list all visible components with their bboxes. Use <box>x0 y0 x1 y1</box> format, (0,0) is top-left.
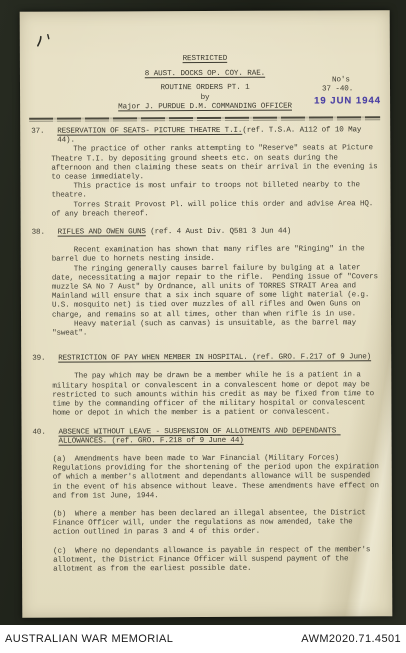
document-header: RESTRICTED 8 AUST. DOCKS OP. COY. RAE. R… <box>20 10 390 113</box>
paragraph: Heavy material (such as canvas) is unsui… <box>52 319 379 339</box>
catalog-number: AWM2020.71.4501 <box>301 633 401 645</box>
item-heading-ref: (ref. 4 Aust Div. Q581 3 Jun 44) <box>146 228 291 237</box>
order-numbers-label: No's <box>332 76 353 85</box>
item-heading: RIFLES AND OWEN GUNS (ref. 4 Aust Div. Q… <box>58 227 379 238</box>
item-number: 39. <box>32 355 45 364</box>
paragraph: Recent examination has shown that many r… <box>52 245 379 265</box>
order-item-39: 39. RESTRICTION OF PAY WHEN MEMBER IN HO… <box>32 354 379 420</box>
paragraph: This practice is most unfair to troops n… <box>51 181 378 201</box>
archive-name: AUSTRALIAN WAR MEMORIAL <box>5 633 173 645</box>
paragraph: The ringing generally causes barrel fail… <box>52 264 379 321</box>
item-paragraphs: Recent examination has shown that many r… <box>52 245 379 338</box>
paragraph: The practice of other ranks attempting t… <box>51 145 378 183</box>
paragraph: Torres Strait Provost Pl. will police th… <box>52 200 379 220</box>
order-numbers-block: No's 37 -40. <box>322 76 353 95</box>
order-numbers-value: 37 -40. <box>322 86 353 95</box>
order-item-40: 40. ABSENCE WITHOUT LEAVE - SUSPENSION O… <box>32 427 380 575</box>
sub-paragraph-a: (a) Amendments have been made to War Fin… <box>53 454 380 501</box>
classification-label: RESTRICTED <box>20 54 390 65</box>
sub-paragraph-b: (b) Where a member has been declared an … <box>53 509 380 538</box>
item-paragraphs: The practice of other ranks attempting t… <box>51 145 378 220</box>
header-divider <box>29 116 380 122</box>
sub-paragraph-c: (c) Where no dependants allowance is pay… <box>53 546 380 575</box>
item-heading-title: RESERVATION OF SEATS- PICTURE THEATRE T.… <box>57 127 242 136</box>
item-number: 38. <box>32 229 45 238</box>
order-items: 37. RESERVATION OF SEATS- PICTURE THEATR… <box>31 126 380 575</box>
order-item-37: 37. RESERVATION OF SEATS- PICTURE THEATR… <box>31 126 378 220</box>
item-heading-title: ABSENCE WITHOUT LEAVE - SUSPENSION OF AL… <box>58 427 340 445</box>
item-number: 37. <box>31 128 44 137</box>
item-heading: RESERVATION OF SEATS- PICTURE THEATRE T.… <box>57 126 378 146</box>
paragraph: The pay which may be drawn be a member w… <box>52 372 379 419</box>
item-heading: ABSENCE WITHOUT LEAVE - SUSPENSION OF AL… <box>58 427 379 447</box>
item-heading-title: RIFLES AND OWEN GUNS <box>58 228 146 236</box>
footer-bar: AUSTRALIAN WAR MEMORIAL AWM2020.71.4501 <box>0 625 406 653</box>
date-received-stamp: 19 JUN 1944 <box>314 96 381 105</box>
item-paragraphs: The pay which may be drawn be a member w… <box>52 372 379 419</box>
item-paragraphs: (a) Amendments have been made to War Fin… <box>53 454 381 575</box>
item-heading-title: RESTRICTION OF PAY WHEN MEMBER IN HOSPIT… <box>58 354 371 363</box>
order-item-38: 38. RIFLES AND OWEN GUNS (ref. 4 Aust Di… <box>32 227 379 339</box>
item-heading: RESTRICTION OF PAY WHEN MEMBER IN HOSPIT… <box>58 354 379 365</box>
item-number: 40. <box>32 428 45 437</box>
scanned-document-page: RESTRICTED 8 AUST. DOCKS OP. COY. RAE. R… <box>20 10 393 618</box>
